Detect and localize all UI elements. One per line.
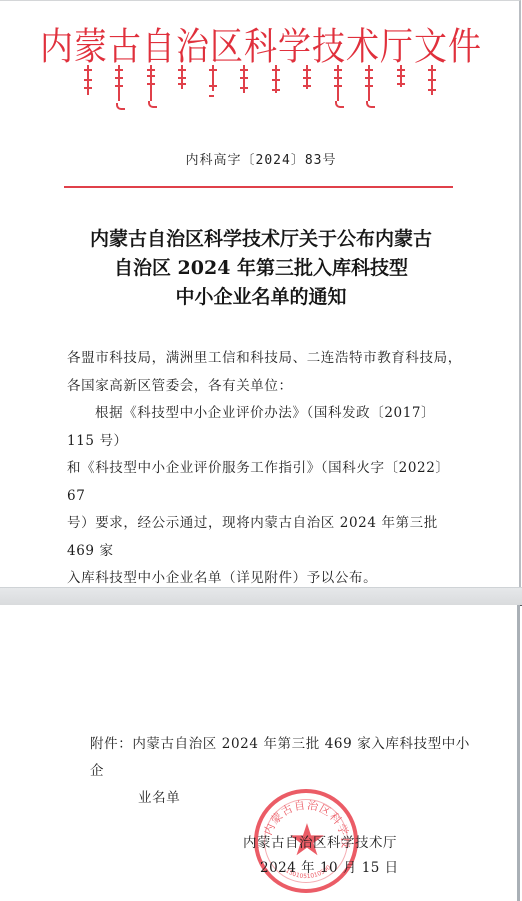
addressee-line: 各盟市科技局，满洲里工信和科技局、二连浩特市教育科技局， [67, 345, 462, 373]
mongolian-column [84, 65, 92, 115]
heading-line: 内蒙古自治区科学技术厅关于公布内蒙古 [0, 225, 522, 254]
mongolian-column [428, 65, 436, 115]
mongolian-column [209, 65, 217, 115]
mongolian-column [303, 65, 311, 115]
signing-organization: 内蒙古自治区科学技术厅 [243, 831, 403, 856]
red-divider [64, 186, 453, 188]
page-separator [0, 587, 522, 606]
attachment-title: 内蒙古自治区 2024 年第三批 469 家入库科技型中小企 [90, 736, 470, 779]
notice-heading: 内蒙古自治区科学技术厅关于公布内蒙古 自治区 2024 年第三批入库科技型 中小… [0, 225, 522, 312]
mongolian-column [115, 65, 123, 115]
signature-block: 内蒙古自治区科学技术厅 2024 年 10 月 15 日 [243, 831, 403, 881]
heading-line: 自治区 2024 年第三批入库科技型 [0, 254, 522, 283]
addressee-line: 各国家高新区管委会，各有关单位： [67, 373, 462, 401]
document-number: 内科高字〔2024〕83号 [0, 149, 522, 168]
signing-date: 2024 年 10 月 15 日 [243, 856, 403, 881]
attachment-label: 附件： [90, 736, 132, 752]
mongolian-column [240, 65, 248, 115]
mongolian-script-title [84, 65, 436, 115]
mongolian-column [334, 65, 342, 115]
paragraph-line: 根据《科技型中小企业评价办法》（国科发政〔2017〕115 号） [67, 400, 462, 455]
paragraph-line: 号）要求，经公示通过，现将内蒙古自治区 2024 年第三批 469 家 [67, 510, 462, 565]
mongolian-column [397, 65, 405, 115]
mongolian-column [147, 65, 155, 115]
issuer-title: 内蒙古自治区科学技术厅文件 [0, 17, 522, 71]
document-page-1: 内蒙古自治区科学技术厅文件 内科高字〔2024〕83号 内蒙古自治区科学技术厅关… [0, 0, 521, 588]
notice-body: 各盟市科技局，满洲里工信和科技局、二连浩特市教育科技局， 各国家高新区管委会，各… [67, 345, 462, 593]
paragraph-line: 和《科技型中小企业评价服务工作指引》（国科火字〔2022〕67 [67, 455, 462, 510]
mongolian-column [365, 65, 373, 115]
mongolian-column [178, 65, 186, 115]
mongolian-column [272, 65, 280, 115]
heading-line: 中小企业名单的通知 [0, 283, 522, 312]
